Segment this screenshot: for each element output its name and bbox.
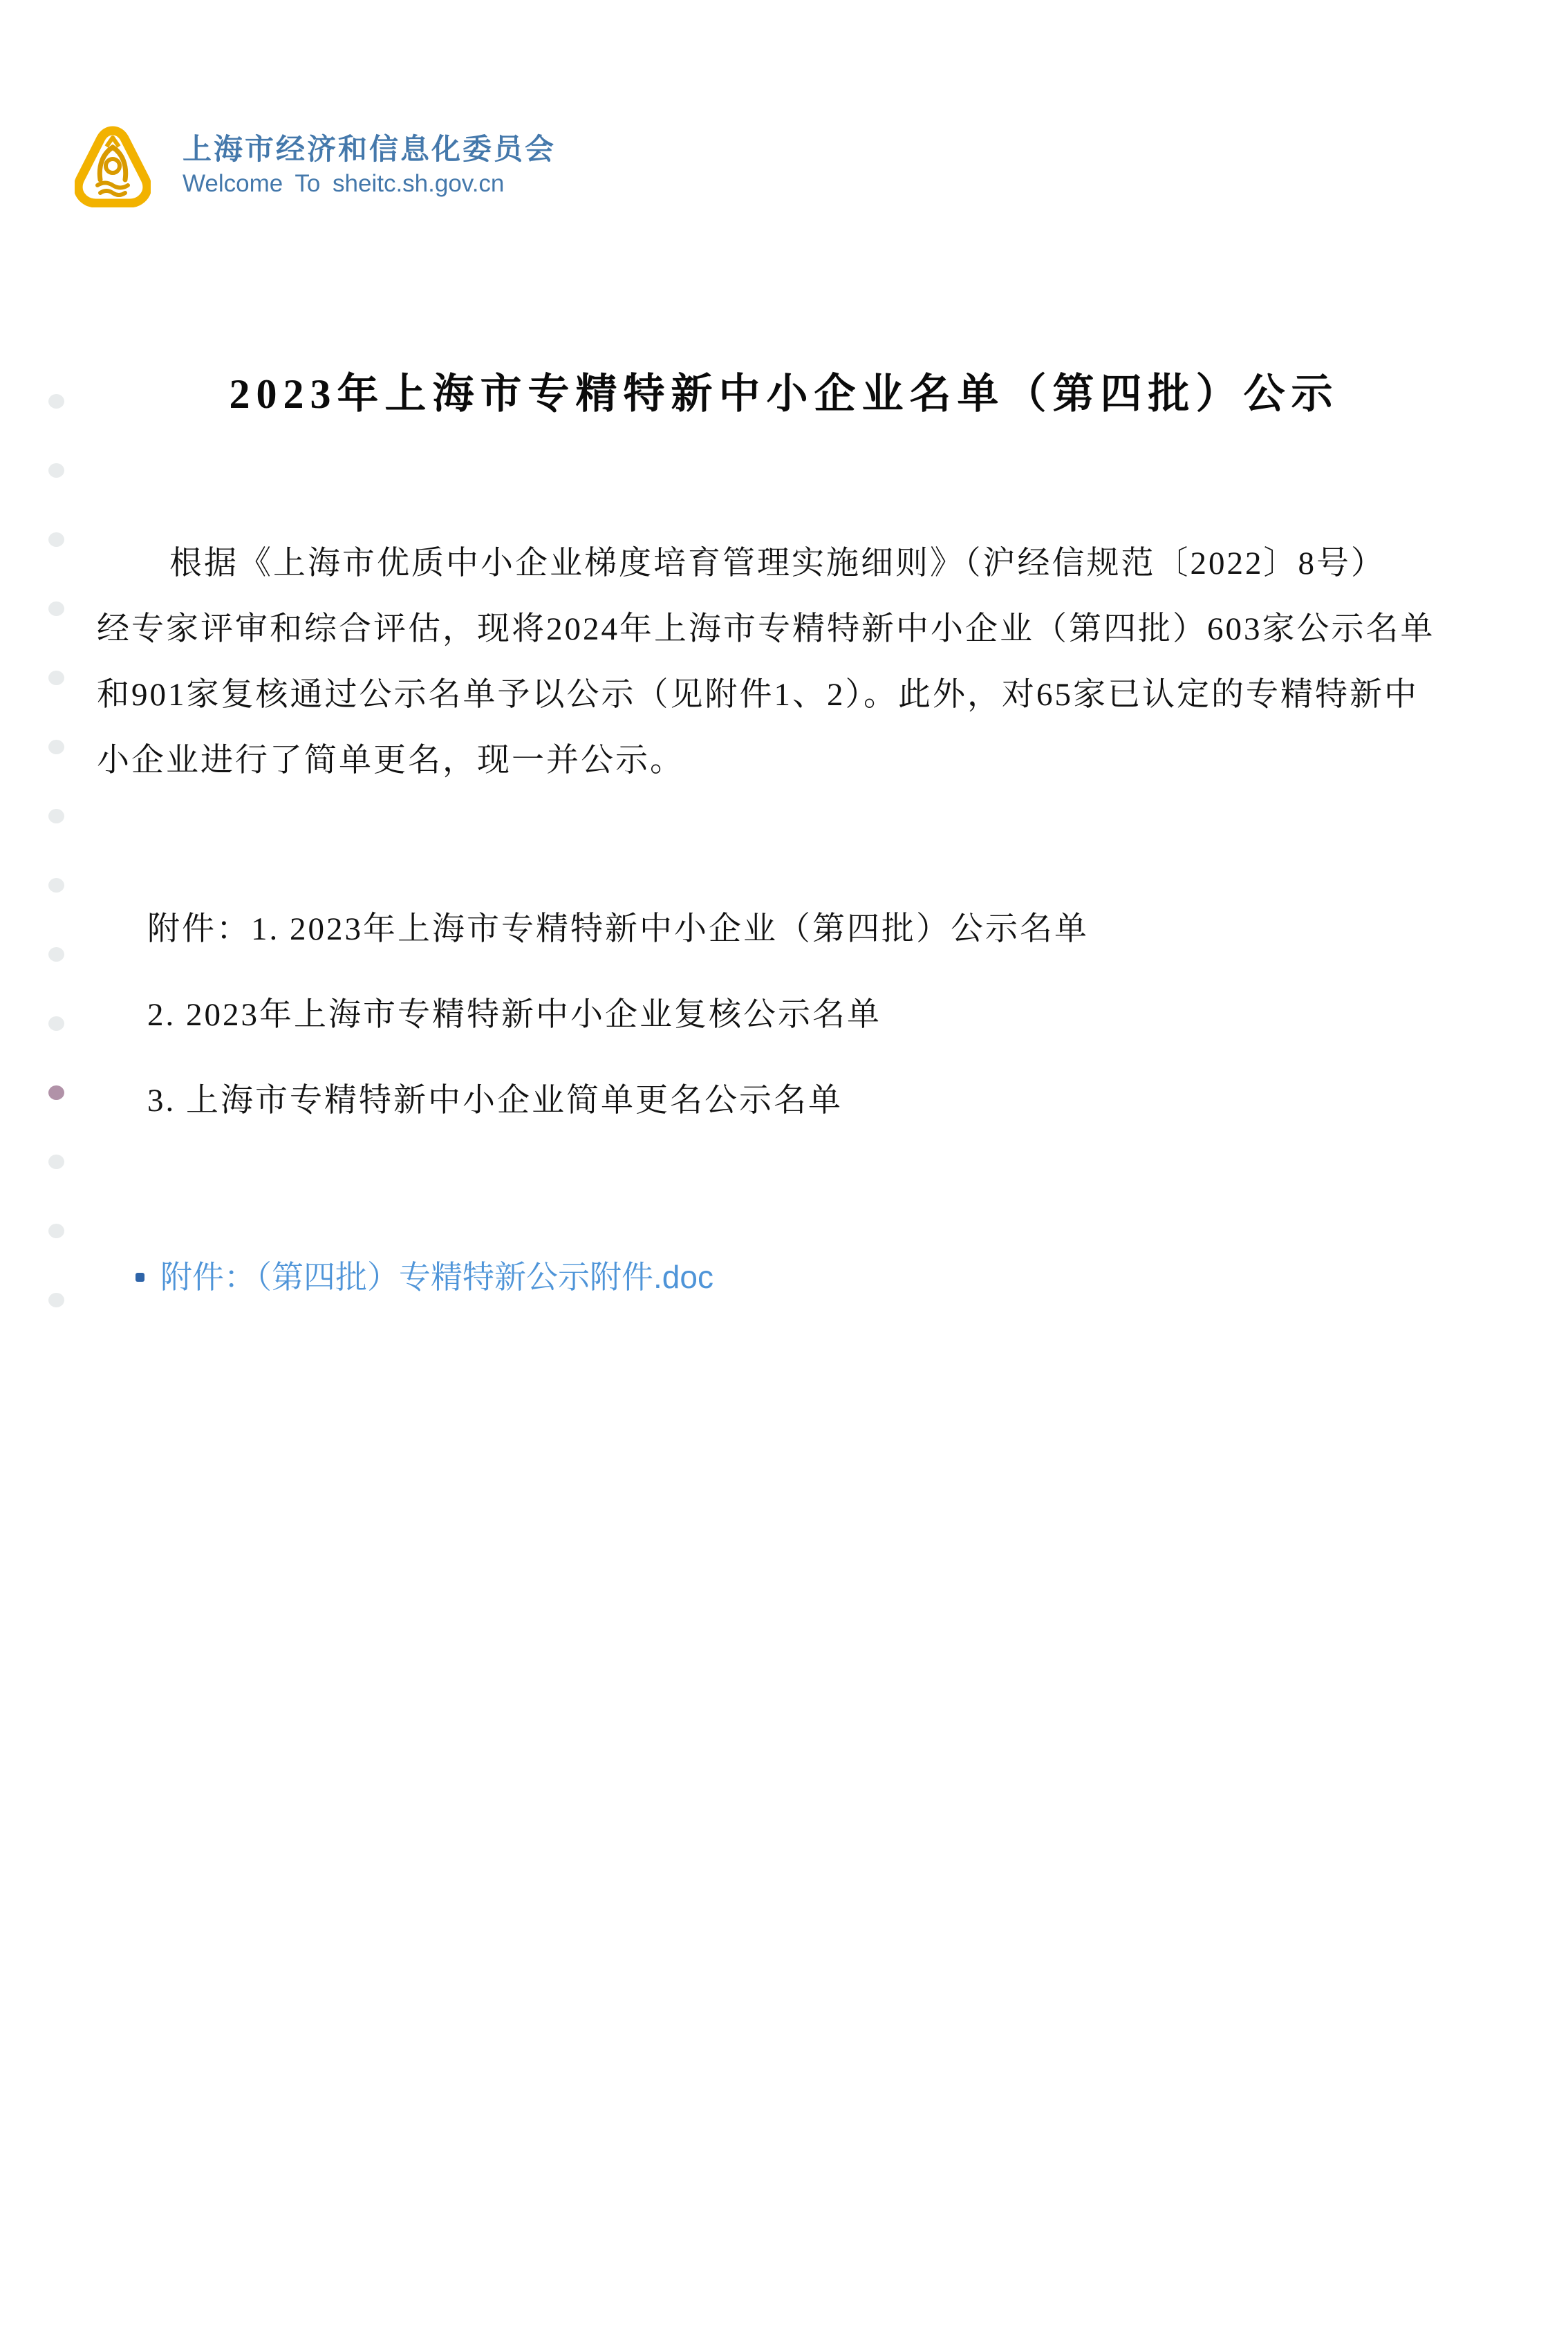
decor-dot	[48, 947, 64, 962]
decor-dot	[48, 1155, 64, 1169]
decor-dot	[48, 463, 64, 478]
emblem-icon	[75, 126, 151, 207]
announcement-paragraph: 根据《上海市优质中小企业梯度培育管理实施细则》（沪经信规范〔2022〕8号） 经…	[97, 531, 1480, 794]
page-title: 2023年上海市专精特新中小企业名单（第四批）公示	[0, 370, 1568, 418]
site-logo[interactable]	[75, 126, 151, 207]
decor-dot	[48, 740, 64, 754]
decor-dot	[48, 1293, 64, 1307]
paragraph-line: 经专家评审和综合评估，现将2024年上海市专精特新中小企业（第四批）603家公示…	[97, 597, 1480, 662]
decor-dot-column	[0, 394, 90, 1334]
decor-dot	[48, 878, 64, 893]
decor-dot	[48, 671, 64, 685]
decor-dot	[48, 1016, 64, 1031]
attachment-link-label: 附件：	[160, 1259, 256, 1295]
page: 上海市经济和信息化委员会 Welcome To sheitc.sh.gov.cn…	[0, 0, 1568, 2352]
decor-dot	[48, 1085, 64, 1100]
bullet-icon	[136, 1273, 144, 1282]
attachment-file-name: （第四批）专精特新公示附件.doc	[256, 1259, 713, 1295]
decor-dot	[48, 809, 64, 823]
site-name-block: 上海市经济和信息化委员会 Welcome To sheitc.sh.gov.cn	[183, 131, 556, 200]
attachment-link-row: 附件：（第四批）专精特新公示附件.doc	[136, 1253, 713, 1301]
decor-dot	[48, 601, 64, 616]
welcome-text: Welcome To sheitc.sh.gov.cn	[183, 167, 556, 200]
attachment-item: 附件：1. 2023年上海市专精特新中小企业（第四批）公示名单	[147, 886, 1089, 972]
site-header: 上海市经济和信息化委员会 Welcome To sheitc.sh.gov.cn	[0, 0, 1568, 235]
attachment-item: 3. 上海市专精特新中小企业简单更名公示名单	[147, 1058, 1089, 1144]
attachment-list: 附件：1. 2023年上海市专精特新中小企业（第四批）公示名单 2. 2023年…	[147, 886, 1089, 1144]
paragraph-line: 小企业进行了简单更名，现一并公示。	[97, 728, 1480, 794]
paragraph-line: 根据《上海市优质中小企业梯度培育管理实施细则》（沪经信规范〔2022〕8号）	[97, 531, 1480, 597]
attachment-item: 2. 2023年上海市专精特新中小企业复核公示名单	[147, 972, 1089, 1058]
decor-dot	[48, 532, 64, 547]
paragraph-line: 和901家复核通过公示名单予以公示（见附件1、2）。此外，对65家已认定的专精特…	[97, 662, 1480, 728]
org-name: 上海市经济和信息化委员会	[183, 131, 556, 167]
attachment-doc-link[interactable]: 附件：（第四批）专精特新公示附件.doc	[160, 1256, 713, 1298]
decor-dot	[48, 1224, 64, 1238]
